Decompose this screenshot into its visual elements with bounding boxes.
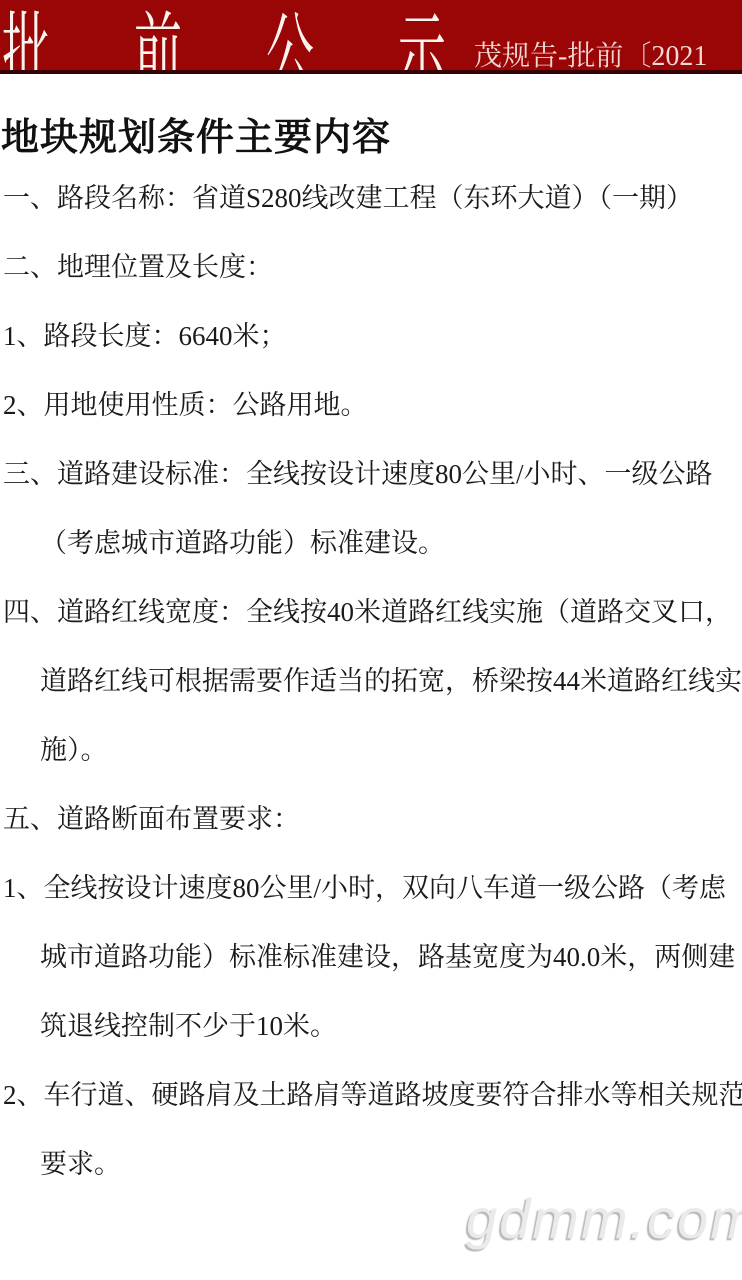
document-line: 1、全线按设计速度80公里/小时，双向八车道一级公路（考虑 (3, 854, 742, 923)
notice-page: 批前公示 茂规告-批前〔2021 地块规划条件主要内容 一、路段名称：省道S28… (0, 0, 742, 1280)
document-line: 施）。 (3, 716, 742, 785)
document-line: 筑退线控制不少于10米。 (3, 992, 742, 1061)
document-line: 一、路段名称：省道S280线改建工程（东环大道）（一期） (3, 164, 742, 233)
watermark: gdmm.com (466, 1186, 742, 1251)
banner: 批前公示 茂规告-批前〔2021 (0, 0, 742, 74)
document-line: 1、路段长度：6640米； (3, 302, 742, 371)
document-line: 四、道路红线宽度：全线按40米道路红线实施（道路交叉口， (3, 578, 742, 647)
document-title: 地块规划条件主要内容 (1, 106, 391, 161)
document-body: 一、路段名称：省道S280线改建工程（东环大道）（一期） 二、地理位置及长度： … (3, 164, 742, 1199)
document-line: 道路红线可根据需要作适当的拓宽，桥梁按44米道路红线实 (3, 647, 742, 716)
document-line: 2、车行道、硬路肩及土路肩等道路坡度要符合排水等相关规范 (3, 1061, 742, 1130)
document-line: 2、用地使用性质：公路用地。 (3, 371, 742, 440)
document-line: 城市道路功能）标准标准建设，路基宽度为40.0米，两侧建 (3, 923, 742, 992)
document-line: 二、地理位置及长度： (3, 233, 742, 302)
banner-doc-number: 茂规告-批前〔2021 (474, 34, 707, 74)
document-line: （考虑城市道路功能）标准建设。 (3, 509, 742, 578)
banner-title: 批前公示 (2, 0, 530, 74)
document-line: 五、道路断面布置要求： (3, 785, 742, 854)
document-line: 三、道路建设标准：全线按设计速度80公里/小时、一级公路 (3, 440, 742, 509)
